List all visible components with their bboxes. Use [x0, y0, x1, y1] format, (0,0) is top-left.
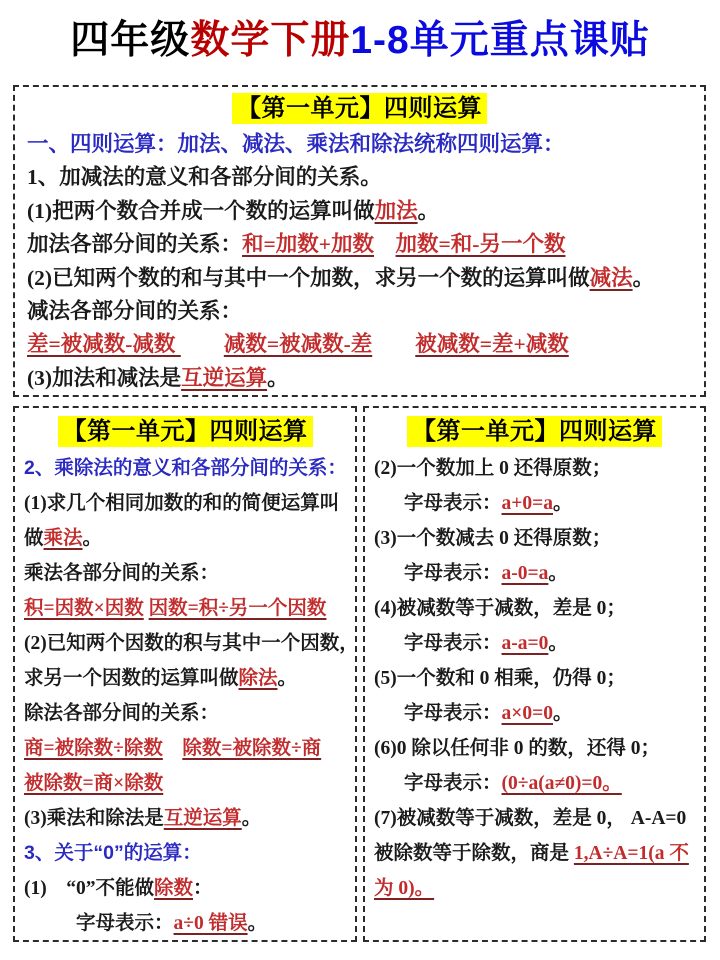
text-line: (4)被减数等于减数，差是 0；: [374, 591, 695, 626]
formula-highlight: a-a=0: [502, 633, 549, 654]
formula-highlight: a-0=a: [502, 563, 549, 584]
body-text: 字母表示：: [404, 703, 502, 724]
page-title: 四年级数学下册1-8单元重点课贴: [0, 18, 720, 64]
text-line: (6)0 除以任何非 0 的数，还得 0；: [374, 731, 695, 766]
formula-highlight: a×0=0: [502, 703, 553, 724]
text-line: 做乘法。: [24, 521, 346, 556]
body-text: 求另一个因数的运算叫做: [24, 668, 239, 689]
formula-highlight: a÷0 错误: [174, 913, 248, 934]
body-text: 。: [267, 366, 289, 390]
section-body-top: 一、四则运算：加法、减法、乘法和除法统称四则运算：1、加减法的意义和各部分间的关…: [27, 128, 692, 395]
formula-highlight: 减法: [590, 266, 633, 290]
body-text: 做: [24, 528, 44, 549]
formula-highlight: 除数: [154, 878, 193, 899]
text-line: 1、加减法的意义和各部分间的关系。: [27, 161, 692, 194]
body-text: (3)乘法和除法是: [24, 808, 164, 829]
body-text: 加法各部分间的关系：: [27, 232, 242, 256]
body-text: 减法各部分间的关系：: [27, 299, 242, 323]
formula-highlight: 加法: [375, 199, 418, 223]
text-line: 字母表示：a-0=a。: [374, 556, 695, 591]
body-text: [374, 232, 396, 256]
page: { "title": { "part1": "四年级", "part2": "数…: [0, 0, 720, 960]
section-header-row: 【第一单元】四则运算: [24, 416, 346, 447]
text-line: 被除数=商×除数: [24, 766, 346, 801]
section-header-row: 【第一单元】四则运算: [374, 416, 695, 447]
text-line: 字母表示：a+0=a。: [374, 486, 695, 521]
body-text: 被除数等于除数，商是: [374, 843, 574, 864]
text-line: (1) “0”不能做除数：: [24, 871, 346, 906]
text-line: 减法各部分间的关系：: [27, 295, 692, 328]
text-line: (3)一个数减去 0 还得原数；: [374, 521, 695, 556]
title-grade: 四年级: [70, 19, 190, 62]
text-line: (2)已知两个因数的积与其中一个因数，: [24, 626, 346, 661]
heading-text: 3、关于“0”的运算：: [24, 842, 202, 864]
text-line: 字母表示：a-a=0。: [374, 626, 695, 661]
formula-highlight: 被除数=商×除数: [24, 773, 163, 794]
body-text: 字母表示：: [76, 913, 174, 934]
text-line: 加法各部分间的关系：和=加数+加数 加数=和-另一个数: [27, 228, 692, 261]
text-line: 被除数等于除数，商是 1,A÷A=1(a 不: [374, 836, 695, 871]
text-line: 差=被减数-减数 减数=被减数-差 被减数=差+减数: [27, 328, 692, 361]
body-text: [181, 332, 224, 356]
formula-highlight: 被减数=差+减数: [415, 332, 569, 356]
text-line: (2)已知两个数的和与其中一个加数，求另一个数的运算叫做减法。: [27, 262, 692, 295]
text-line: 字母表示：a÷0 错误。: [24, 906, 346, 941]
formula-highlight: 商=被除数÷除数: [24, 738, 163, 759]
body-text: 乘法各部分间的关系：: [24, 563, 219, 584]
text-line: 一、四则运算：加法、减法、乘法和除法统称四则运算：: [27, 128, 692, 161]
formula-highlight: 减数=被减数-差: [224, 332, 372, 356]
body-text: 。: [248, 913, 268, 934]
body-text: 。: [83, 528, 103, 549]
body-text: 除法各部分间的关系：: [24, 703, 219, 724]
body-text: (3)一个数减去 0 还得原数；: [374, 528, 611, 549]
formula-highlight: 因数=积÷另一个因数: [149, 598, 327, 619]
heading-text: 2、乘除法的意义和各部分间的关系：: [24, 457, 347, 479]
text-line: (2)一个数加上 0 还得原数；: [374, 451, 695, 486]
text-line: 求另一个因数的运算叫做除法。: [24, 661, 346, 696]
body-text: 。: [553, 493, 573, 514]
formula-highlight: 乘法: [44, 528, 83, 549]
text-line: (3)加法和减法是互逆运算。: [27, 362, 692, 395]
title-subject: 数学下册: [190, 19, 350, 62]
section-body-right: (2)一个数加上 0 还得原数；字母表示：a+0=a。(3)一个数减去 0 还得…: [374, 451, 695, 906]
formula-highlight: 1,A÷A=1(a 不: [574, 843, 689, 864]
formula-highlight: 为 0)。: [374, 878, 434, 899]
formula-highlight: 除数=被除数÷商: [182, 738, 321, 759]
body-text: [372, 332, 415, 356]
section-header-row: 【第一单元】四则运算: [27, 93, 692, 124]
text-line: 为 0)。: [374, 871, 695, 906]
formula-highlight: 差=被减数-减数: [27, 332, 181, 356]
body-text: ：: [193, 878, 213, 899]
title-units: 1-8单元重点课贴: [350, 19, 649, 62]
body-text: [163, 738, 183, 759]
formula-highlight: 加数=和-另一个数: [396, 232, 566, 256]
body-text: 。: [553, 703, 573, 724]
text-line: 商=被除数÷除数 除数=被除数÷商: [24, 731, 346, 766]
text-line: (1)把两个数合并成一个数的运算叫做加法。: [27, 195, 692, 228]
text-line: 2、乘除法的意义和各部分间的关系：: [24, 451, 346, 486]
body-text: (3)加法和减法是: [27, 366, 181, 390]
formula-highlight: a+0=a: [502, 493, 553, 514]
text-line: 字母表示：(0÷a(a≠0)=0。: [374, 766, 695, 801]
body-text: 字母表示：: [404, 493, 502, 514]
body-text: (6)0 除以任何非 0 的数，还得 0；: [374, 738, 660, 759]
body-text: (2)已知两个数的和与其中一个加数，求另一个数的运算叫做: [27, 266, 590, 290]
body-text: (5)一个数和 0 相乘，仍得 0；: [374, 668, 626, 689]
body-text: 。: [633, 266, 655, 290]
formula-highlight: (0÷a(a≠0)=0。: [502, 773, 622, 794]
section-unit1-zero-rules: 【第一单元】四则运算 (2)一个数加上 0 还得原数；字母表示：a+0=a。(3…: [363, 406, 706, 942]
section-header-unit1-right: 【第一单元】四则运算: [407, 416, 662, 447]
body-text: 1、加减法的意义和各部分间的关系。: [27, 165, 382, 189]
text-line: (3)乘法和除法是互逆运算。: [24, 801, 346, 836]
body-text: (1)把两个数合并成一个数的运算叫做: [27, 199, 375, 223]
text-line: 除法各部分间的关系：: [24, 696, 346, 731]
formula-highlight: 和=加数+加数: [242, 232, 374, 256]
body-text: 。: [278, 668, 298, 689]
body-text: 。: [548, 563, 568, 584]
text-line: (7)被减数等于减数，差是 0， A-A=0: [374, 801, 695, 836]
text-line: 3、关于“0”的运算：: [24, 836, 346, 871]
text-line: (1)求几个相同加数的和的简便运算叫: [24, 486, 346, 521]
body-text: (2)已知两个因数的积与其中一个因数，: [24, 633, 359, 654]
body-text: 字母表示：: [404, 773, 502, 794]
text-line: 乘法各部分间的关系：: [24, 556, 346, 591]
section-header-unit1-left: 【第一单元】四则运算: [58, 416, 313, 447]
text-line: (5)一个数和 0 相乘，仍得 0；: [374, 661, 695, 696]
body-text: (2)一个数加上 0 还得原数；: [374, 458, 611, 479]
section-unit1-addsub: 【第一单元】四则运算 一、四则运算：加法、减法、乘法和除法统称四则运算：1、加减…: [13, 85, 706, 397]
body-text: 。: [242, 808, 262, 829]
section-header-unit1-top: 【第一单元】四则运算: [232, 93, 487, 124]
body-text: 。: [548, 633, 568, 654]
text-line: 字母表示：a×0=0。: [374, 696, 695, 731]
section-unit1-muldiv: 【第一单元】四则运算 2、乘除法的意义和各部分间的关系：(1)求几个相同加数的和…: [13, 406, 357, 942]
body-text: (1) “0”不能做: [24, 878, 154, 899]
formula-highlight: 积=因数×因数: [24, 598, 144, 619]
body-text: (4)被减数等于减数，差是 0；: [374, 598, 626, 619]
body-text: (1)求几个相同加数的和的简便运算叫: [24, 493, 339, 514]
body-text: 字母表示：: [404, 563, 502, 584]
formula-highlight: 互逆运算: [181, 366, 267, 390]
body-text: 。: [418, 199, 440, 223]
body-text: 字母表示：: [404, 633, 502, 654]
formula-highlight: 互逆运算: [164, 808, 242, 829]
section-body-left: 2、乘除法的意义和各部分间的关系：(1)求几个相同加数的和的简便运算叫做乘法。乘…: [24, 451, 346, 941]
formula-highlight: 除法: [239, 668, 278, 689]
text-line: 积=因数×因数 因数=积÷另一个因数: [24, 591, 346, 626]
heading-text: 一、四则运算：加法、减法、乘法和除法统称四则运算：: [27, 132, 565, 156]
body-text: (7)被减数等于减数，差是 0， A-A=0: [374, 808, 686, 829]
